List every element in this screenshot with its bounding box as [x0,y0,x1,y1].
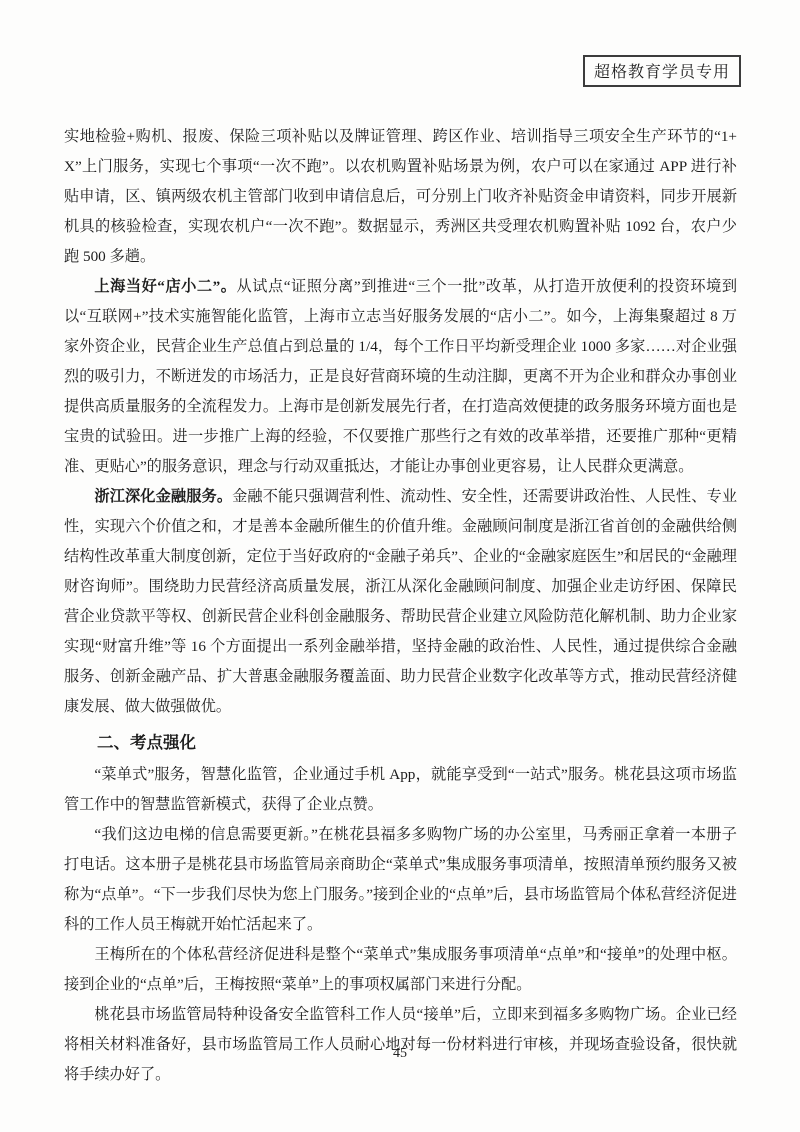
paragraph-bold-lead: 上海当好“店小二”。 [94,278,236,295]
page-number: 45 [0,1046,800,1062]
paragraph: “我们这边电梯的信息需要更新。”在桃花县福多多购物广场的办公室里，马秀丽正拿着一… [64,820,737,940]
paragraph: 浙江深化金融服务。金融不能只强调营利性、流动性、安全性，还需要讲政治性、人民性、… [64,482,737,722]
paragraph: 上海当好“店小二”。从试点“证照分离”到推进“三个一批”改革，从打造开放便利的投… [64,272,737,482]
document-page: 超格教育学员专用 实地检验+购机、报废、保险三项补贴以及牌证管理、跨区作业、培训… [0,0,800,1132]
section-heading: 二、考点强化 [64,728,737,758]
paragraph: “菜单式”服务，智慧化监管，企业通过手机 App，就能享受到“一站式”服务。桃花… [64,760,737,820]
document-body: 实地检验+购机、报废、保险三项补贴以及牌证管理、跨区作业、培训指导三项安全生产环… [64,122,737,1090]
paragraph-bold-lead: 浙江深化金融服务。 [94,488,232,505]
paragraph: 实地检验+购机、报废、保险三项补贴以及牌证管理、跨区作业、培训指导三项安全生产环… [64,122,737,272]
student-exclusive-badge: 超格教育学员专用 [583,55,741,87]
paragraph: 桃花县市场监管局特种设备安全监管科工作人员“接单”后，立即来到福多多购物广场。企… [64,1000,737,1090]
paragraph: 王梅所在的个体私营经济促进科是整个“菜单式”集成服务事项清单“点单”和“接单”的… [64,940,737,1000]
